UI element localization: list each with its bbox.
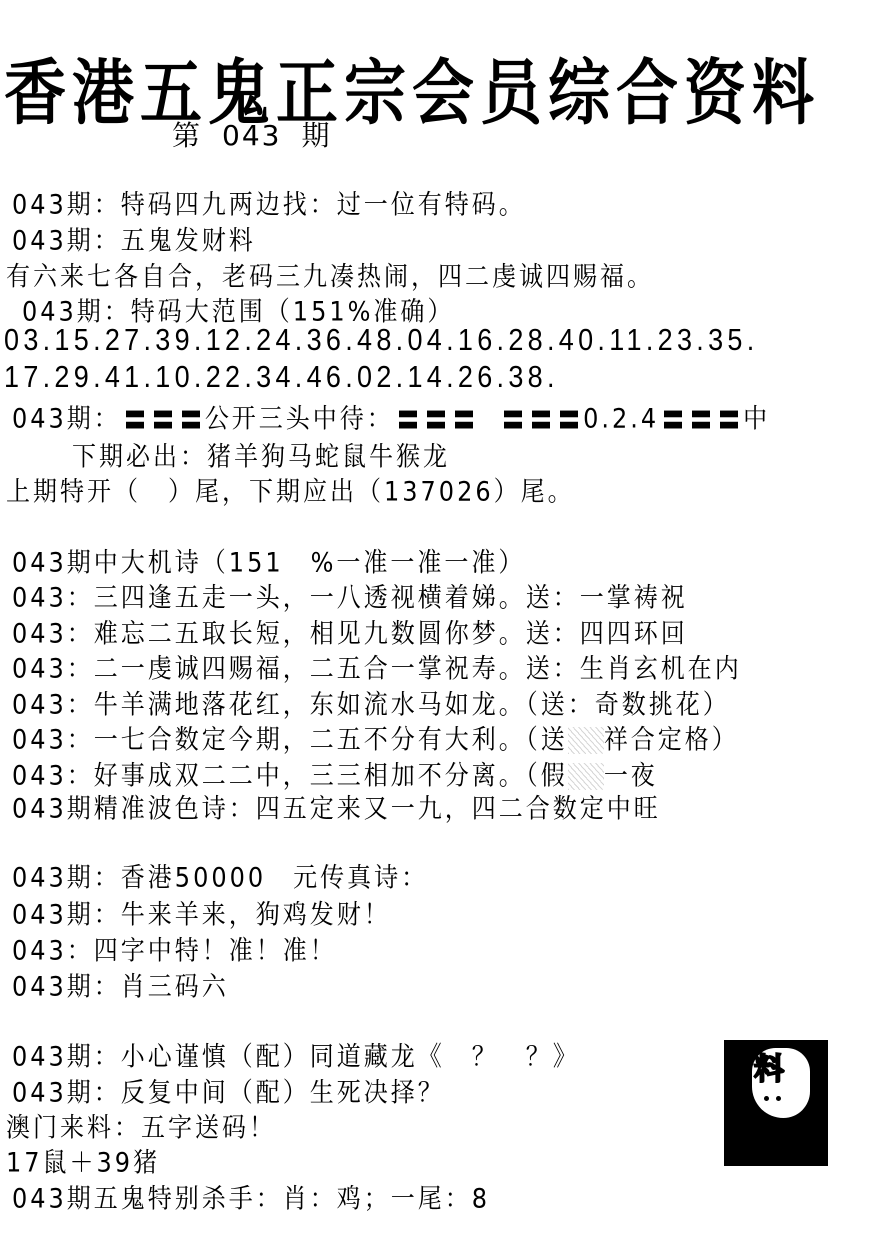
poem-line: 043：二一虔诚四赐福，二五合一掌祝寿。送：生肖玄机在内 <box>12 646 742 685</box>
tip-line-1: 043期：特码四九两边找：过一位有特码。 <box>12 182 526 221</box>
tip-line-2: 043期：五鬼发财料 <box>12 218 256 257</box>
poem-header: 043期中大机诗（151 %一准一准一准） <box>12 540 525 579</box>
fax-line-4: 043期：肖三码六 <box>12 964 229 1003</box>
photo-wall <box>828 1034 850 1166</box>
blocked-square-icon <box>154 411 172 429</box>
fax-line-1: 043期：香港50000 元传真诗： <box>12 855 428 894</box>
numbers-row-2: 17.29.41.10.22.34.46.02.14.26.38. <box>4 360 559 395</box>
tip-line-3: 有六来七各自合，老码三九凑热闹，四二虔诚四赐福。 <box>6 254 654 293</box>
heads-prefix: 043期： <box>12 403 121 434</box>
numbers-row-1: 03.15.27.39.12.24.36.48.04.16.28.40.11.2… <box>4 323 759 358</box>
next-period-zodiacs: 下期必出：猪羊狗马蛇鼠牛猴龙 <box>72 434 450 473</box>
poem-line: 043：牛羊满地落花红，东如流水马如龙。（送：奇数挑花） <box>12 682 730 721</box>
heads-label: 公开三头中待： <box>205 403 394 434</box>
tail-prediction: 上期特开（ ）尾，下期应出（137026）尾。 <box>6 469 575 508</box>
poem-line: 043：一七合数定今期，二五不分有大利。（送祥合定格） <box>12 717 739 756</box>
blocked-square-icon <box>692 411 710 429</box>
poem-line-text: 043：一七合数定今期，二五不分有大利。（送 <box>12 724 568 755</box>
photo-eye <box>764 1096 769 1101</box>
blocked-square-icon <box>182 411 200 429</box>
blocked-square-icon <box>664 411 682 429</box>
photo-label: 料 <box>754 1044 784 1088</box>
special-killer: 043期五鬼特别杀手：肖：鸡；一尾：8 <box>12 1176 490 1215</box>
blocked-square-icon <box>720 411 738 429</box>
photo-eye <box>776 1096 781 1101</box>
page-title: 香港五鬼正宗会员综合资料 <box>4 36 820 138</box>
fax-line-3: 043：四字中特！准！准！ <box>12 928 337 967</box>
smudge-mark <box>568 727 604 754</box>
footer-line-2: 043期：反复中间（配）生死决择？ <box>12 1070 445 1109</box>
blocked-square-icon <box>427 411 445 429</box>
color-poem: 043期精准波色诗：四五定来又一九，四二合数定中旺 <box>12 786 661 825</box>
blocked-square-icon <box>126 411 144 429</box>
issue-number: 第043期 <box>172 114 331 154</box>
issue-prefix: 第 <box>172 119 202 152</box>
poem-line: 043：三四逢五走一头，一八透视横着娣。送：一掌祷祝 <box>12 575 688 614</box>
poem-line: 043：难忘二五取长短，相见九数圆你梦。送：四四环回 <box>12 611 688 650</box>
heads-digits: 0.2.4 <box>583 403 659 434</box>
zodiac-pick: 17鼠＋39猪 <box>6 1140 160 1179</box>
blocked-square-icon <box>560 411 578 429</box>
tip-line-heads: 043期：公开三头中待： 0.2.4中 <box>12 396 770 435</box>
fax-line-2: 043期：牛来羊来，狗鸡发财！ <box>12 892 391 931</box>
issue-suffix: 期 <box>301 119 331 152</box>
macau-source: 澳门来料：五字送码！ <box>6 1105 276 1144</box>
blocked-square-icon <box>455 411 473 429</box>
blocked-square-icon <box>532 411 550 429</box>
poem-line-tail: 祥合定格） <box>604 724 739 755</box>
footer-line-1: 043期：小心谨慎（配）同道藏龙《 ？ ？》 <box>12 1034 580 1073</box>
blocked-square-icon <box>399 411 417 429</box>
heads-end: 中 <box>743 403 770 434</box>
portrait-image: 料 <box>724 1034 850 1166</box>
issue-number-value: 043 <box>222 119 281 152</box>
blocked-square-icon <box>504 411 522 429</box>
